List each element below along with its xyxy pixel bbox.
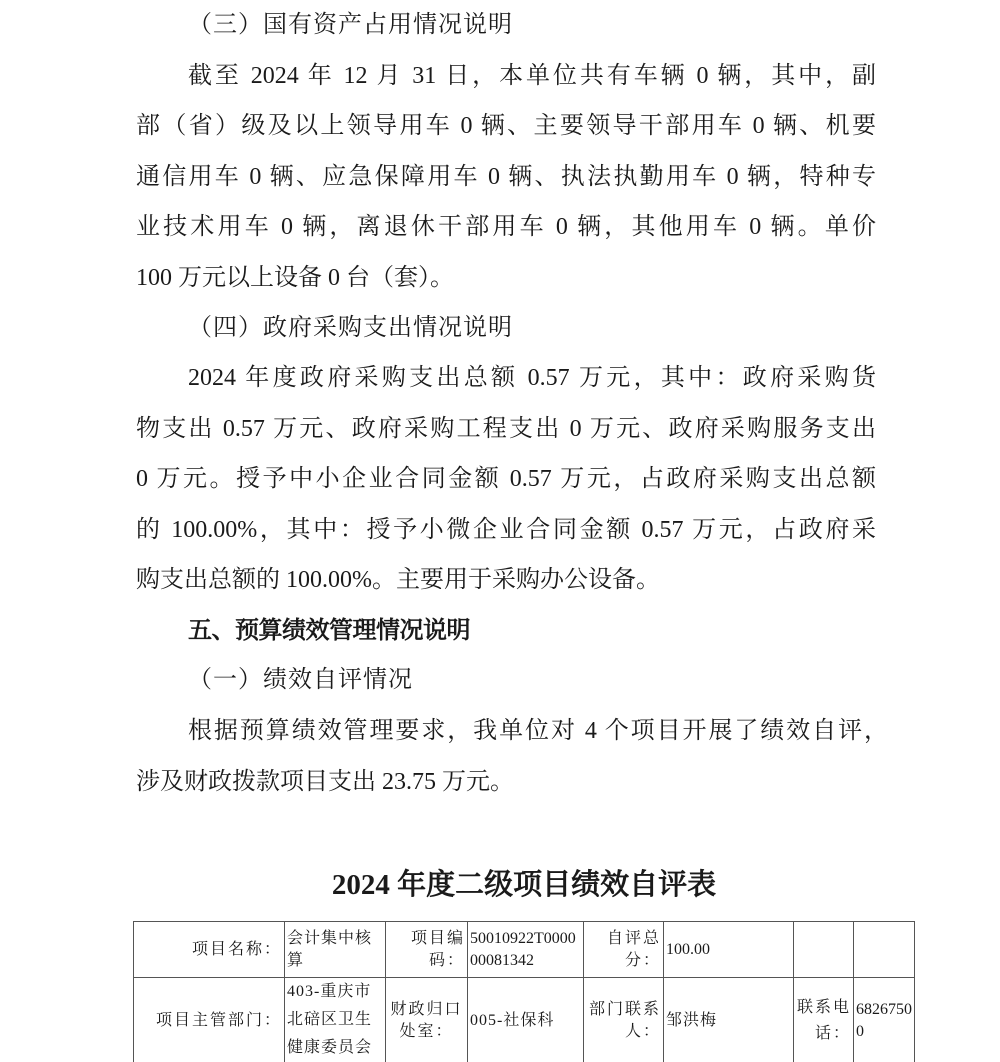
section-performance-heading: 五、预算绩效管理情况说明 [188,605,470,655]
document-page: （三）国有资产占用情况说明 截至 2024 年 12 月 31 日，本单位共有车… [0,0,1000,1062]
table-row: 项目主管部门： 403-重庆市北碚区卫生健康委员会 财政归口处室： 005-社保… [134,978,915,1062]
project-name-value: 会计集中核算 [285,922,386,978]
score-value: 100.00 [664,922,794,978]
section-procurement-heading: （四）政府采购支出情况说明 [188,303,513,353]
finance-office-value: 005-社保科 [468,978,584,1062]
self-evaluation-subheading: （一）绩效自评情况 [188,655,413,705]
performance-paragraph-line: 根据预算绩效管理要求，我单位对 4 个项目开展了绩效自评， [188,706,888,756]
eval-table-title: 2024 年度二级项目绩效自评表 [0,860,1000,910]
assets-paragraph-line: 业技术用车 0 辆，离退休干部用车 0 辆，其他用车 0 辆。单价 [136,202,876,252]
phone-label: 联系电话： [794,978,854,1062]
project-code-label: 项目编码： [386,922,468,978]
procurement-paragraph-line: 0 万元。授予中小企业合同金额 0.57 万元，占政府采购支出总额 [136,454,876,504]
procurement-paragraph-line: 的 100.00%，其中：授予小微企业合同金额 0.57 万元，占政府采 [136,505,876,555]
project-name-label: 项目名称： [134,922,285,978]
procurement-paragraph-line: 物支出 0.57 万元、政府采购工程支出 0 万元、政府采购服务支出 [136,404,876,454]
finance-office-label: 财政归口处室： [386,978,468,1062]
dept-label: 项目主管部门： [134,978,285,1062]
section-assets-heading: （三）国有资产占用情况说明 [188,0,513,50]
assets-paragraph-line: 部（省）级及以上领导用车 0 辆、主要领导干部用车 0 辆、机要 [136,101,876,151]
assets-paragraph-line: 100 万元以上设备 0 台（套）。 [136,253,876,303]
contact-label: 部门联系人： [584,978,664,1062]
contact-value: 邹洪梅 [664,978,794,1062]
assets-paragraph-line: 截至 2024 年 12 月 31 日，本单位共有车辆 0 辆，其中，副 [188,51,876,101]
table-row: 项目名称： 会计集中核算 项目编码： 50010922T000000081342… [134,922,915,978]
empty-cell [794,922,854,978]
procurement-paragraph-line: 2024 年度政府采购支出总额 0.57 万元，其中：政府采购货 [188,353,876,403]
assets-paragraph-line: 通信用车 0 辆、应急保障用车 0 辆、执法执勤用车 0 辆，特种专 [136,152,876,202]
phone-value: 68267500 [854,978,915,1062]
procurement-paragraph-line: 购支出总额的 100.00%。主要用于采购办公设备。 [136,555,876,605]
empty-cell [854,922,915,978]
eval-table: 项目名称： 会计集中核算 项目编码： 50010922T000000081342… [133,921,915,1062]
project-code-value: 50010922T000000081342 [468,922,584,978]
dept-value: 403-重庆市北碚区卫生健康委员会 [285,978,386,1062]
performance-paragraph-line: 涉及财政拨款项目支出 23.75 万元。 [136,757,876,807]
score-label: 自评总分： [584,922,664,978]
